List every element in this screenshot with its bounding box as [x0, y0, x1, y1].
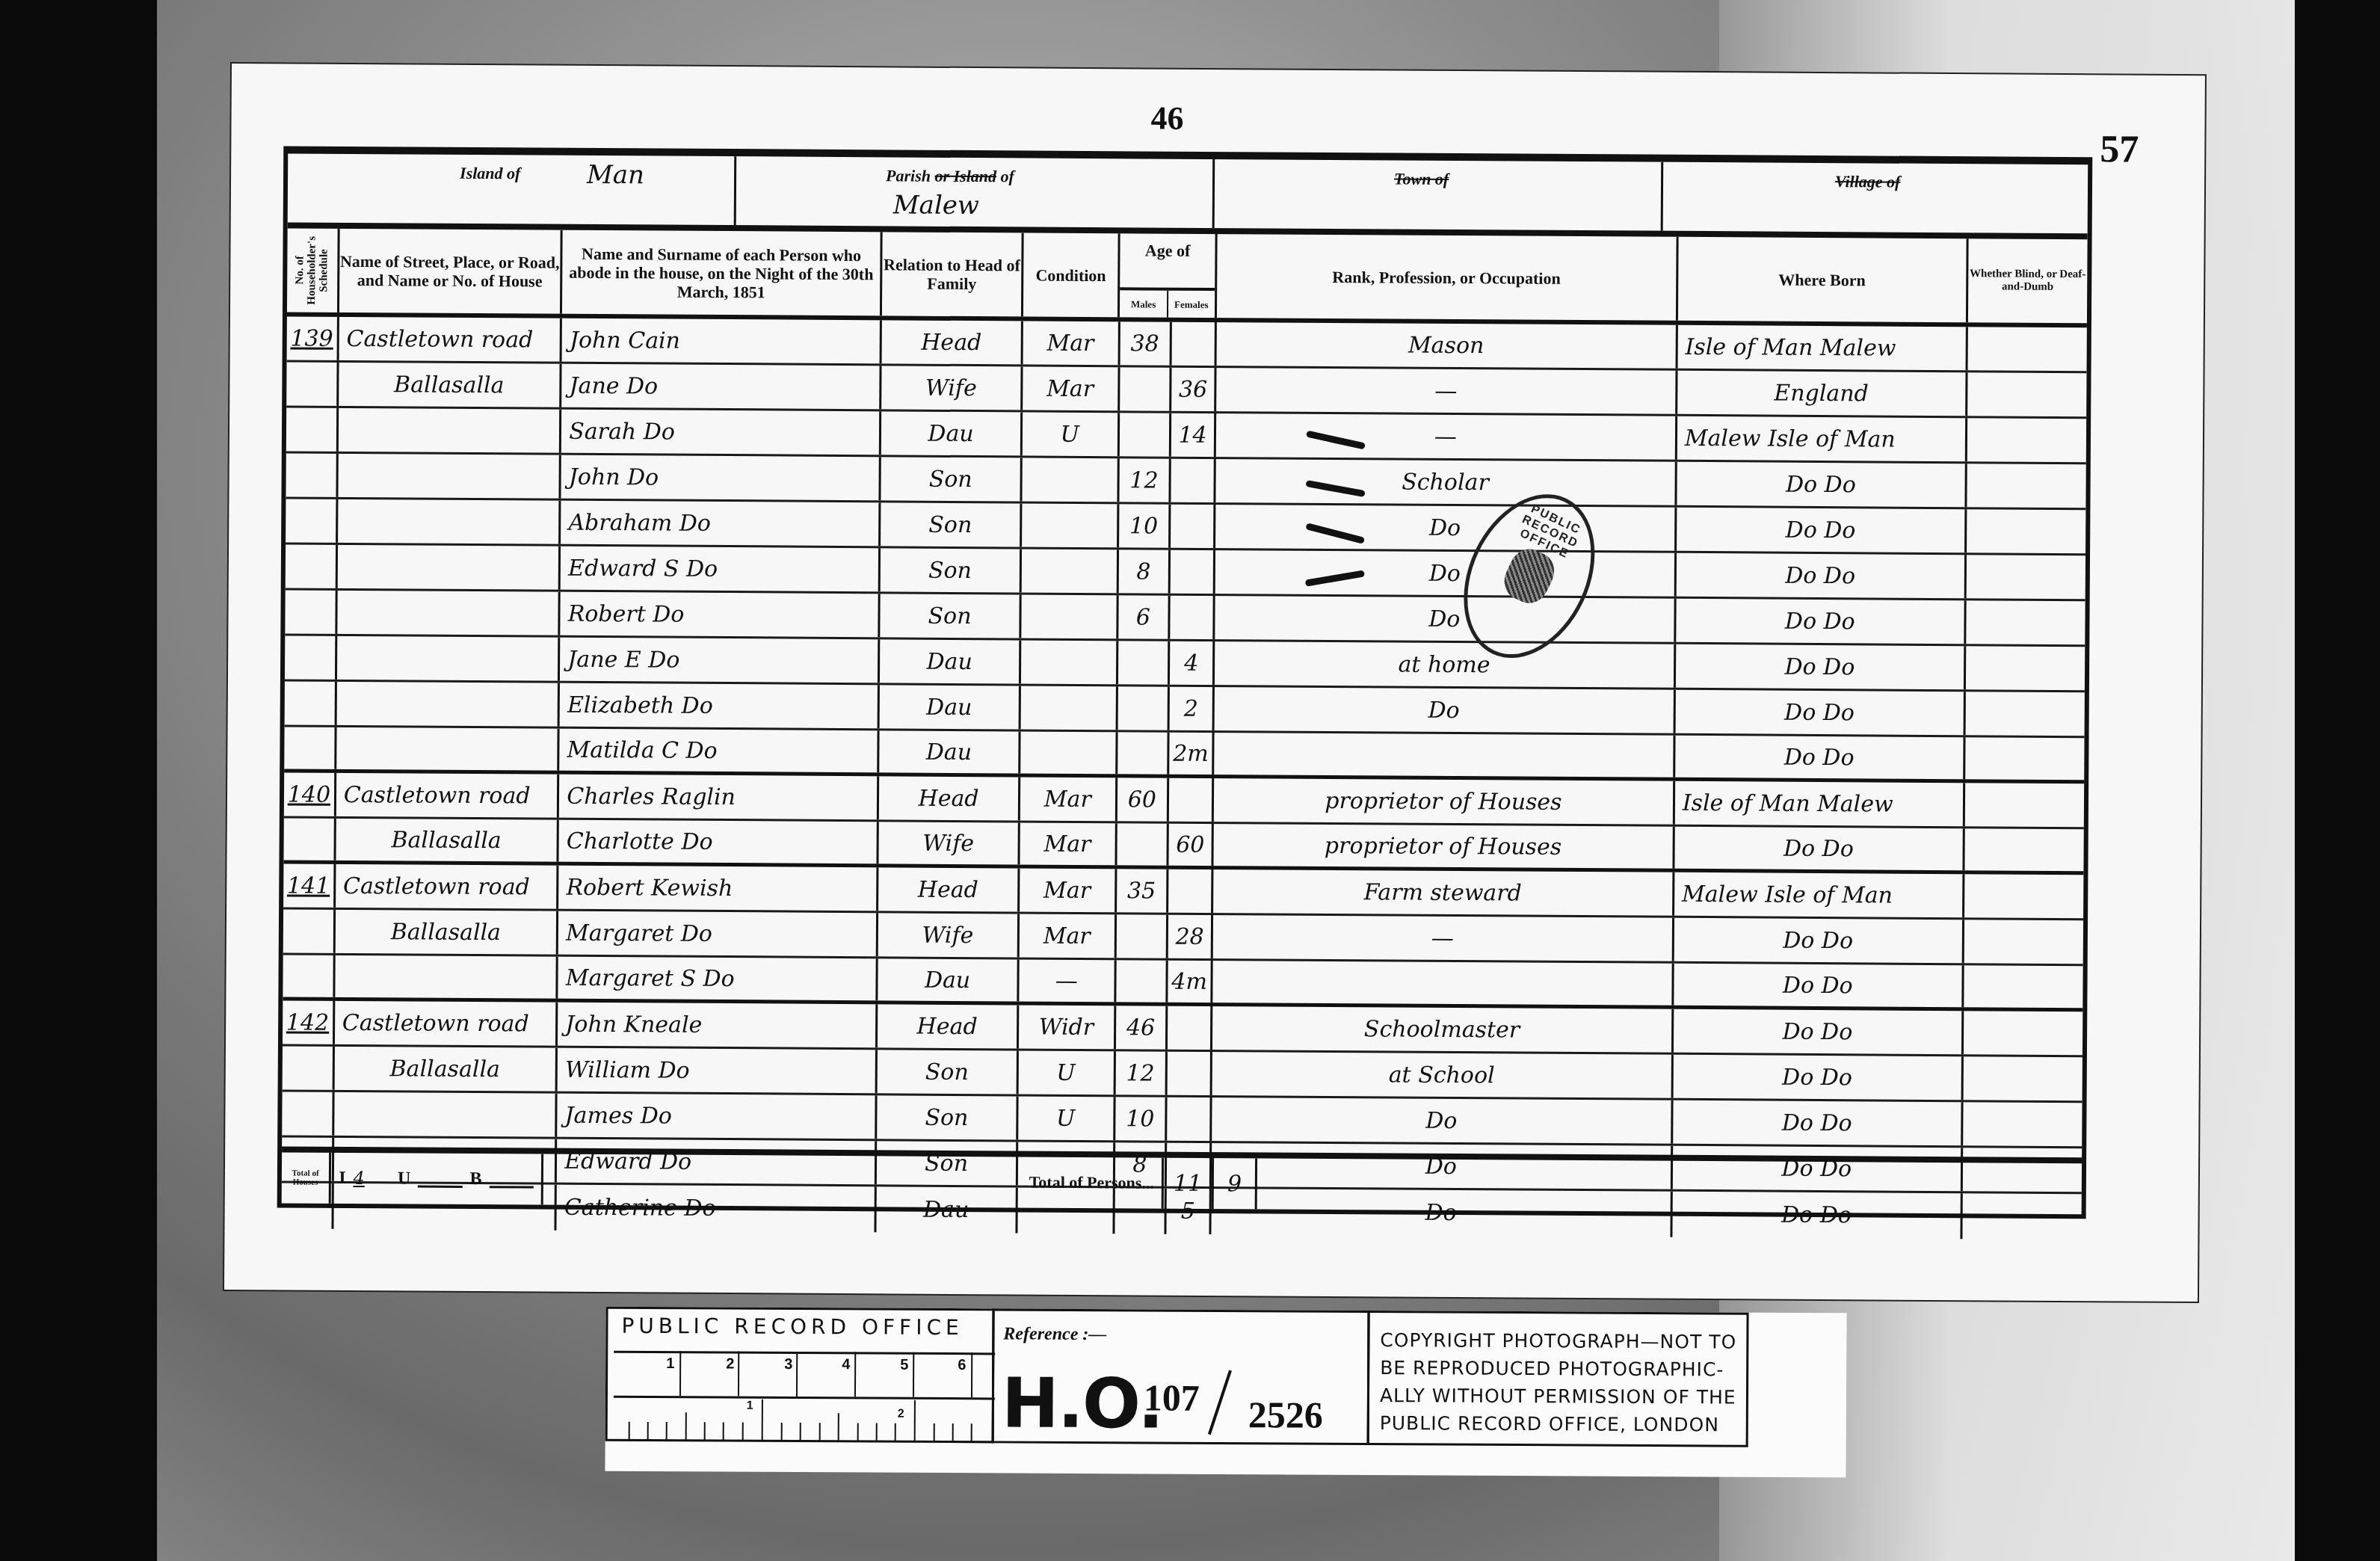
street: Ballasalla: [339, 363, 562, 407]
relation: Wife: [878, 822, 1020, 864]
person-name: John Do: [561, 455, 881, 501]
reference-slash: [1208, 1370, 1232, 1435]
schedule-number: [284, 727, 336, 769]
relation: Son: [877, 1095, 1018, 1139]
town-cell: Town of: [1215, 159, 1664, 231]
condition: Mar: [1020, 777, 1117, 821]
location-header: Island of Man Parish or Island of Malew …: [288, 153, 2088, 239]
blind-deaf: [1964, 1011, 2083, 1055]
relation: Dau: [879, 730, 1020, 773]
condition: Mar: [1020, 914, 1117, 958]
schedule-number: 139: [287, 316, 339, 360]
birthplace: England: [1677, 371, 1967, 416]
person-name: Charles Raglin: [559, 775, 879, 820]
blind-deaf: [1966, 646, 2085, 690]
scale-number: 1: [747, 1400, 753, 1413]
condition: [1021, 594, 1118, 638]
condition: —: [1019, 959, 1116, 1002]
header-condition: Condition: [1023, 233, 1120, 317]
occupation: Do: [1215, 596, 1676, 642]
reference-box: Reference :— H.O. 107 2526: [992, 1308, 1370, 1445]
occupation: Farm steward: [1213, 869, 1674, 916]
island-cell: Island of Man: [288, 153, 737, 225]
birthplace: Do Do: [1676, 644, 1966, 689]
male-age: 46: [1115, 1006, 1168, 1049]
relation: Dau: [880, 685, 1021, 729]
uninhabited-prefix: U: [398, 1169, 411, 1189]
condition: [1023, 458, 1120, 502]
uninhabited-blank: [418, 1170, 462, 1187]
male-age: 10: [1119, 504, 1171, 547]
schedule-number: 142: [283, 1000, 335, 1044]
schedule-number: [283, 818, 336, 860]
birthplace: Do Do: [1676, 599, 1966, 644]
person-name: Charlotte Do: [559, 820, 879, 864]
totals-empty: [1257, 1158, 2082, 1214]
relation: Son: [880, 594, 1021, 638]
building-blank: [490, 1171, 534, 1188]
condition: Mar: [1023, 321, 1120, 365]
female-age: 60: [1169, 824, 1214, 866]
male-age: 12: [1119, 458, 1171, 502]
relation: Head: [878, 867, 1020, 911]
male-age: 35: [1117, 869, 1169, 912]
birthplace: Malew Isle of Man: [1677, 416, 1967, 461]
blind-deaf: [1967, 327, 2087, 371]
inhabited-count: 4: [353, 1168, 390, 1189]
scale-number: 3: [784, 1356, 792, 1373]
street: [334, 1092, 558, 1137]
person-name: Margaret S Do: [558, 957, 878, 1001]
reference-piece: 107: [1144, 1376, 1200, 1419]
total-houses-label: Total of Houses: [282, 1152, 332, 1203]
blind-deaf: [1967, 464, 2086, 508]
parish-label: Parish: [886, 166, 931, 185]
occupation: proprietor of Houses: [1214, 824, 1675, 869]
person-name: James Do: [557, 1094, 877, 1139]
schedule-number: 140: [284, 772, 336, 816]
ruler-top-line: [614, 1351, 995, 1355]
male-age: [1117, 823, 1169, 865]
females-total: 9: [1214, 1158, 1257, 1209]
female-age: [1168, 1052, 1212, 1095]
female-age: [1171, 505, 1215, 548]
header-occupation: Rank, Profession, or Occupation: [1217, 234, 1679, 321]
street: Castletown road: [336, 773, 560, 818]
island-label: Island of: [460, 164, 520, 183]
birthplace: Do Do: [1675, 690, 1965, 735]
female-age: 2m: [1169, 733, 1214, 775]
header-street: Name of Street, Place, or Road, and Name…: [339, 229, 563, 314]
female-age: 14: [1171, 413, 1216, 457]
female-age: 36: [1171, 368, 1216, 411]
parish-value: Malew: [893, 190, 979, 221]
birthplace: Isle of Man Malew: [1675, 781, 1965, 826]
relation: Head: [879, 776, 1020, 820]
occupation: —: [1216, 413, 1677, 460]
female-age: [1171, 459, 1216, 502]
birthplace: Do Do: [1677, 462, 1967, 507]
blind-deaf: [1965, 737, 2085, 780]
parish-cell: Parish or Island of Malew: [736, 156, 1215, 228]
occupation: —: [1213, 915, 1674, 961]
person-name: Jane E Do: [560, 638, 880, 683]
birthplace: Do Do: [1673, 1055, 1963, 1100]
male-age: 38: [1120, 321, 1172, 365]
person-name: John Kneale: [558, 1003, 878, 1048]
reference-series: H.O.: [1002, 1363, 1163, 1444]
reference-label-text: Reference :—: [1003, 1324, 1106, 1345]
condition: U: [1023, 412, 1120, 456]
blind-deaf: [1964, 965, 2083, 1008]
blind-deaf: [1964, 828, 2084, 871]
office-title: PUBLIC RECORD OFFICE: [621, 1314, 963, 1340]
occupation: at School: [1212, 1052, 1674, 1098]
schedule-number: 141: [283, 863, 336, 907]
scale-number: 2: [898, 1408, 904, 1421]
relation: Son: [881, 457, 1022, 501]
relation: Wife: [881, 366, 1023, 410]
age-subheaders: Males Females: [1120, 287, 1215, 318]
birthplace: Do Do: [1674, 918, 1964, 963]
schedule-number: [286, 453, 338, 496]
street: [339, 408, 562, 453]
person-name: Jane Do: [561, 364, 881, 410]
male-age: 12: [1115, 1051, 1168, 1094]
condition: U: [1018, 1096, 1115, 1140]
condition: Mar: [1020, 868, 1117, 912]
parish-label-suffix: of: [1000, 167, 1014, 185]
folio-number: 57: [2100, 127, 2139, 171]
scale-number: 5: [900, 1357, 908, 1374]
birthplace: Do Do: [1674, 964, 1964, 1007]
occupation: proprietor of Houses: [1214, 778, 1675, 825]
street: Ballasalla: [335, 910, 558, 955]
census-rows: 139 Castletown road John Cain Head Mar 3…: [281, 316, 2086, 1240]
scale-number: 1: [666, 1355, 674, 1373]
birthplace: Do Do: [1677, 508, 1967, 552]
blind-deaf: [1967, 509, 2086, 553]
condition: [1021, 686, 1118, 730]
blind-deaf: [1965, 692, 2085, 736]
header-males: Males: [1120, 290, 1168, 317]
street: [338, 454, 561, 499]
blind-deaf: [1963, 1102, 2082, 1146]
condition: [1021, 640, 1118, 684]
male-age: 60: [1117, 778, 1169, 821]
male-age: [1120, 367, 1172, 410]
condition: U: [1019, 1050, 1116, 1094]
occupation: [1214, 733, 1675, 778]
inhabited-prefix: I: [339, 1168, 346, 1188]
street: [338, 499, 561, 544]
female-age: 28: [1168, 915, 1213, 958]
ruler-mid-line: [614, 1396, 995, 1400]
blind-deaf: [1964, 920, 2083, 964]
condition: Widr: [1019, 1005, 1116, 1049]
person-name: Sarah Do: [561, 410, 881, 455]
condition: Mar: [1023, 366, 1120, 410]
column-headers: No. of Householder's Schedule Name of St…: [287, 228, 2088, 327]
birthplace: Do Do: [1673, 1100, 1963, 1145]
census-page: 46 57 Island of Man Parish or Island of …: [224, 64, 2205, 1302]
blind-deaf: [1965, 783, 2085, 827]
birthplace: Malew Isle of Man: [1674, 872, 1964, 917]
schedule-number: [285, 681, 337, 724]
condition: [1022, 503, 1119, 547]
header-blind-deaf: Whether Blind, or Deaf-and-Dumb: [1968, 238, 2088, 323]
male-age: [1117, 641, 1170, 684]
street: Castletown road: [335, 1001, 558, 1046]
occupation: Scholar: [1216, 459, 1677, 505]
condition: [1022, 549, 1119, 593]
town-label: Town of: [1394, 170, 1449, 189]
blind-deaf: [1967, 372, 2087, 416]
occupation: —: [1216, 368, 1677, 414]
occupation: Do: [1215, 550, 1677, 597]
scale-number: 2: [726, 1355, 734, 1373]
birthplace: Do Do: [1674, 1009, 1964, 1054]
parish-label-struck: or Island: [934, 167, 996, 186]
street: [335, 955, 558, 999]
occupation: at home: [1215, 641, 1676, 688]
relation: Dau: [881, 411, 1023, 455]
person-name: Elizabeth Do: [560, 683, 880, 729]
relation: Head: [882, 320, 1023, 364]
reference-label: PUBLIC RECORD OFFICE 1 2 3 4 5 6 1 2: [605, 1307, 1846, 1478]
street: [336, 727, 560, 771]
blind-deaf: [1963, 1056, 2082, 1100]
street: [336, 682, 560, 727]
blind-deaf: [1964, 874, 2084, 918]
female-age: 4: [1170, 641, 1215, 685]
scale-number: 6: [958, 1357, 966, 1374]
island-value: Man: [587, 160, 644, 190]
person-name: Matilda C Do: [559, 729, 879, 773]
census-table: Island of Man Parish or Island of Malew …: [277, 146, 2093, 1219]
person-name: Margaret Do: [558, 911, 878, 957]
header-relation: Relation to Head of Family: [882, 232, 1024, 316]
female-age: [1169, 778, 1214, 822]
relation: Son: [881, 548, 1022, 592]
relation: Wife: [878, 913, 1020, 957]
ruler-box: PUBLIC RECORD OFFICE 1 2 3 4 5 6 1 2: [605, 1307, 995, 1444]
female-age: 4m: [1168, 961, 1213, 1003]
header-schedule: No. of Householder's Schedule: [287, 228, 339, 312]
schedule-number: [283, 909, 336, 952]
relation: Son: [881, 502, 1022, 546]
schedule-number: [282, 1092, 334, 1135]
relation: Son: [878, 1050, 1019, 1094]
building-prefix: B: [470, 1169, 482, 1189]
female-age: [1168, 869, 1213, 913]
male-age: 8: [1118, 549, 1171, 593]
person-name: Robert Kewish: [558, 866, 878, 911]
schedule-number: [286, 499, 338, 542]
street: Castletown road: [336, 864, 559, 909]
occupation: [1212, 961, 1674, 1006]
blind-deaf: [1966, 600, 2085, 644]
scale-ruler: 1 2 3 4 5 6 1 2: [614, 1351, 996, 1443]
relation: Dau: [878, 958, 1019, 1001]
header-where-born: Where Born: [1678, 237, 1969, 322]
header-age: Age of Males Females: [1120, 233, 1217, 318]
occupation: Schoolmaster: [1212, 1006, 1674, 1053]
street: [337, 545, 561, 590]
person-name: William Do: [558, 1048, 878, 1094]
scale-number: 4: [842, 1356, 850, 1373]
schedule-number: [285, 635, 337, 679]
relation: Head: [878, 1004, 1019, 1048]
female-age: [1171, 596, 1215, 639]
blind-deaf: [1967, 418, 2087, 462]
street: [337, 636, 561, 681]
header-females: Females: [1168, 291, 1215, 318]
village-cell: Village of: [1663, 162, 2088, 233]
birthplace: Do Do: [1676, 553, 1966, 598]
male-age: [1116, 914, 1168, 958]
female-age: [1172, 322, 1217, 366]
male-age: [1117, 732, 1170, 774]
person-name: John Cain: [562, 318, 882, 364]
house-totals: I 4 U B: [331, 1153, 543, 1205]
person-name: Robert Do: [561, 592, 881, 638]
condition: Mar: [1020, 822, 1117, 865]
occupation: Mason: [1217, 322, 1678, 369]
birthplace: Do Do: [1674, 827, 1964, 870]
schedule-number: [286, 544, 338, 588]
blind-deaf: [1966, 555, 2085, 599]
occupation: Do: [1215, 687, 1676, 733]
birthplace: Isle of Man Malew: [1677, 325, 1967, 370]
male-age: 6: [1118, 595, 1171, 638]
village-label: Village of: [1835, 172, 1901, 192]
reference-item: 2526: [1248, 1393, 1323, 1437]
copyright-box: COPYRIGHT PHOTOGRAPH—NOT TO BE REPRODUCE…: [1367, 1311, 1749, 1447]
female-age: [1167, 1097, 1212, 1141]
header-name: Name and Surname of each Person who abod…: [562, 230, 883, 316]
female-age: [1171, 550, 1215, 594]
total-persons-label: Total of Persons...: [543, 1154, 1164, 1209]
female-age: 2: [1170, 687, 1215, 730]
schedule-number: [283, 1046, 335, 1089]
totals-row: Total of Houses I 4 U B Total of Persons…: [282, 1146, 2082, 1214]
male-age: [1117, 686, 1170, 730]
copyright-notice: COPYRIGHT PHOTOGRAPH—NOT TO BE REPRODUCE…: [1380, 1326, 1737, 1438]
female-age: [1168, 1006, 1212, 1050]
page-number: 46: [1150, 99, 1183, 138]
males-total: 11: [1164, 1158, 1215, 1209]
street: [337, 591, 561, 635]
relation: Dau: [880, 639, 1021, 683]
birthplace: Do Do: [1675, 736, 1965, 779]
male-age: [1116, 960, 1168, 1002]
schedule-number: [286, 407, 339, 451]
street: Castletown road: [339, 317, 562, 362]
occupation: Do: [1215, 505, 1677, 551]
schedule-number: [283, 955, 335, 997]
male-age: 10: [1115, 1097, 1168, 1140]
street: Ballasalla: [336, 819, 559, 862]
occupation: Do: [1212, 1097, 1673, 1144]
person-name: Abraham Do: [561, 501, 881, 546]
person-name: Edward S Do: [561, 546, 881, 592]
street: Ballasalla: [334, 1047, 558, 1092]
male-age: [1119, 413, 1171, 456]
schedule-number: [285, 590, 337, 633]
condition: [1020, 731, 1117, 774]
schedule-number: [286, 362, 339, 405]
